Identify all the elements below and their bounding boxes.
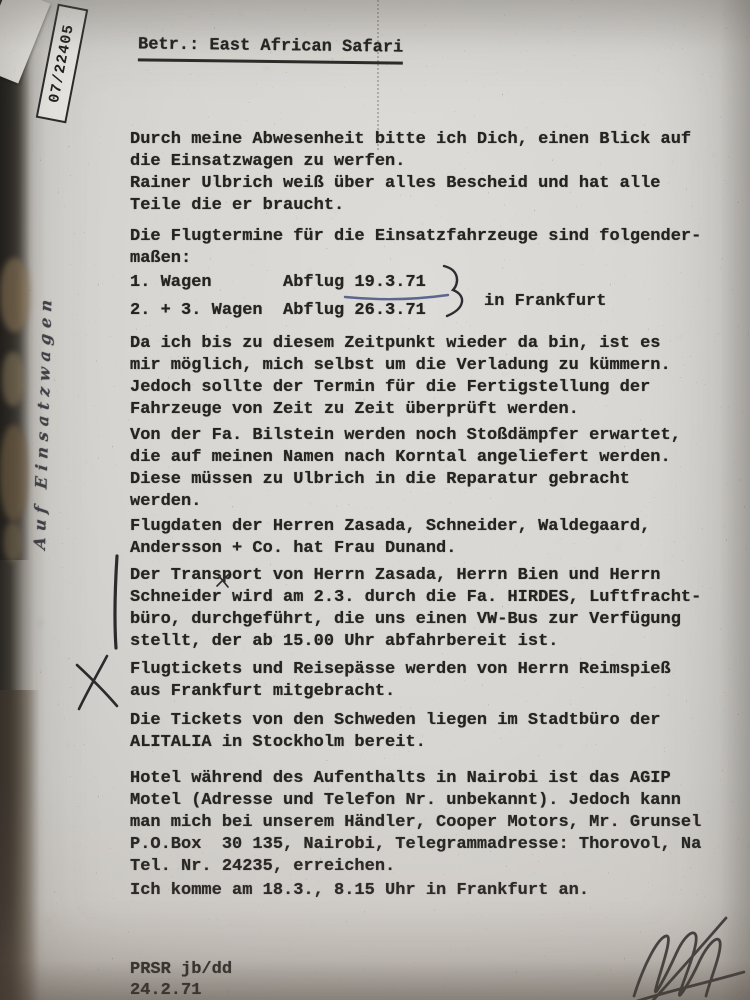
flight-schedule-location: in Frankfurt <box>484 291 606 313</box>
tape-residue <box>0 258 30 332</box>
paragraph-alitalia: Die Tickets von den Schweden liegen im S… <box>130 710 661 754</box>
paragraph-transport: Der Transport von Herrn Zasada, Herrn Bi… <box>130 565 701 653</box>
photo-left-edge-brown-strip <box>0 690 40 1000</box>
paragraph-absence: Durch meine Abwesenheit bitte ich Dich, … <box>130 129 691 217</box>
pen-x-mark <box>77 656 117 709</box>
signature-scribble <box>628 918 744 1000</box>
pen-margin-line <box>115 556 117 648</box>
subject-line: Betr.: East African Safari <box>138 34 404 64</box>
paragraph-flight-dates-intro: Die Flugtermine für die Einsatzfahrzeuge… <box>130 226 701 270</box>
paragraph-loading: Da ich bis zu diesem Zeitpunkt wieder da… <box>130 333 671 421</box>
scanned-letter-photo: 07/22405 Betr.: East African Safari Durc… <box>0 0 750 1000</box>
tape-residue <box>2 352 24 406</box>
paragraph-hotel-nairobi: Hotel während des Aufenthalts in Nairobi… <box>130 768 701 878</box>
fold-crease-line <box>377 0 379 150</box>
flight-schedule-line-1: 1. Wagen Abflug 19.3.71 <box>130 272 426 294</box>
flight-schedule-line-2: 2. + 3. Wagen Abflug 26.3.71 <box>130 300 426 322</box>
reference-number-label: 07/22405 <box>46 23 78 105</box>
tape-residue <box>4 522 22 562</box>
footer-reference: PRSR jb/dd <box>130 959 232 981</box>
paragraph-arrival: Ich komme am 18.3., 8.15 Uhr in Frankfur… <box>130 880 589 902</box>
paragraph-flight-data: Flugdaten der Herren Zasada, Schneider, … <box>130 516 650 560</box>
footer-date: 24.2.71 <box>130 980 201 1000</box>
pen-date-underline <box>345 295 448 299</box>
tape-residue <box>0 425 28 521</box>
pen-brace <box>444 266 462 316</box>
paragraph-bilstein: Von der Fa. Bilstein werden noch Stoßdäm… <box>130 425 681 513</box>
paragraph-tickets-passports: Flugtickets und Reisepässe werden von He… <box>130 659 671 703</box>
